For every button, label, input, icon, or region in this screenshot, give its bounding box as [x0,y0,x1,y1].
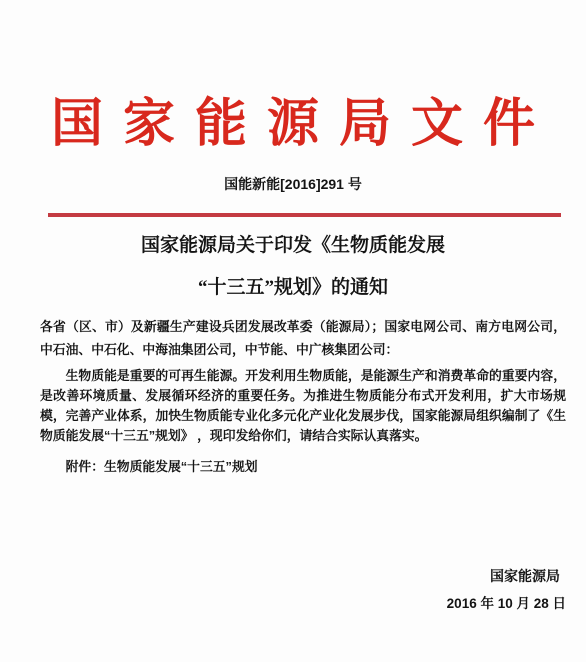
salutation-paragraph: 各省（区、市）及新疆生产建设兵团发展改革委（能源局）；国家电网公司、南方电网公司… [40,315,566,361]
letterhead-title: 国家能源局文件 [20,96,566,154]
signature-block: 国家能源局 2016 年 10 月 28 日 [20,568,566,612]
notice-title-line-1: 国家能源局关于印发《生物质能发展 [20,236,566,256]
signature-agency: 国家能源局 [20,568,566,584]
notice-title: 国家能源局关于印发《生物质能发展 “十三五”规划》的通知 [20,236,566,298]
notice-title-line-2: “十三五”规划》的通知 [20,278,566,298]
red-divider-rule [48,213,561,217]
body-paragraph: 生物质能是重要的可再生能源。开发利用生物质能，是能源生产和消费革命的重要内容，是… [40,366,566,446]
attachment-line: 附件：生物质能发展“十三五”规划 [40,458,566,476]
doc-number: 国能新能[2016]291 号 [20,176,566,193]
signature-date: 2016 年 10 月 28 日 [20,596,566,612]
document-page: 国家能源局文件 国能新能[2016]291 号 国家能源局关于印发《生物质能发展… [0,0,586,662]
